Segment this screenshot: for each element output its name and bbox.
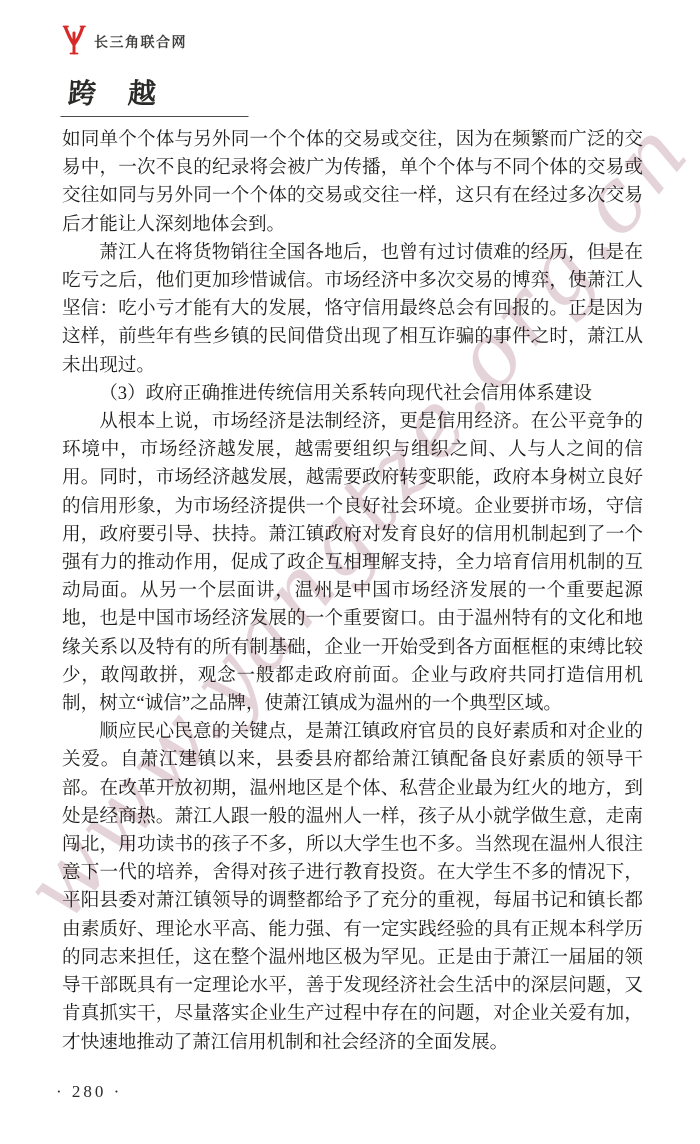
yangtze-delta-psi-logo-icon <box>62 24 86 56</box>
document-page: www.yangtze.org.cn 长三角联合网 跨 越 如同单个个体与另外同… <box>0 0 700 1144</box>
paragraph-continuation: 如同单个个体与另外同一个个体的交易或交往，因为在频繁而广泛的交易中，一次不良的纪… <box>62 126 643 239</box>
paragraph-officials-quality: 顺应民心民意的关键点，是萧江镇政府官员的良好素质和对企业的关爱。自萧江建镇以来，… <box>62 718 643 1056</box>
section-heading-3: （3）政府正确推进传统信用关系转向现代社会信用体系建设 <box>62 380 643 408</box>
paragraph-market-credit-economy: 从根本上说，市场经济是法制经济，更是信用经济。在公平竞争的环境中，市场经济越发展… <box>62 408 643 718</box>
site-header: 长三角联合网 <box>62 24 187 56</box>
paragraph-xiaojiang-debt: 萧江人在将货物销往全国各地后，也曾有过讨债难的经历，但是在吃亏之后，他们更加珍惜… <box>62 239 643 380</box>
body-text: 如同单个个体与另外同一个个体的交易或交往，因为在频繁而广泛的交易中，一次不良的纪… <box>62 126 643 1057</box>
running-title: 跨 越 <box>60 72 251 117</box>
site-name-label: 长三角联合网 <box>94 28 187 52</box>
page-number: · 280 · <box>56 1082 122 1102</box>
